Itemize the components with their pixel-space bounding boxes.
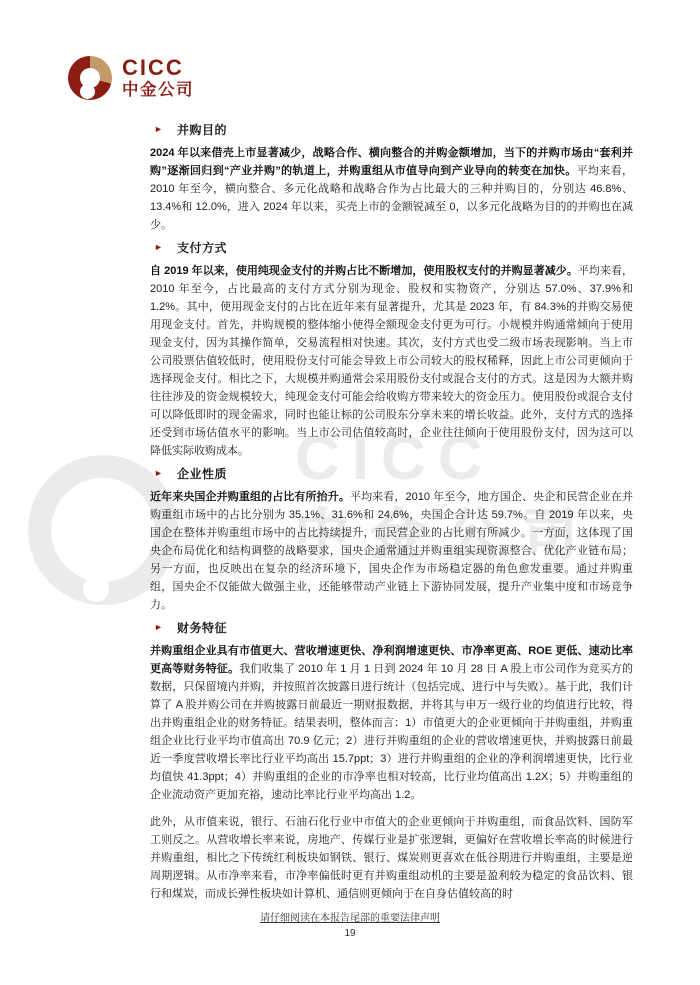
text-run: 此外，从市值来说，银行、石油石化行业中市值大的企业更倾向于并购重组，而食品饮料、…: [150, 816, 633, 900]
paragraph: 近年来央国企并购重组的占比有所抬升。平均来看，2010 年至今，地方国企、央企和…: [150, 488, 633, 614]
section-heading-row: ► 企业性质: [150, 464, 633, 483]
page-number: 19: [0, 928, 700, 939]
section-heading: 并购目的: [177, 121, 227, 138]
report-body: ► 并购目的 2024 年以来借壳上市显著减少，战略合作、横向整合的并购金额增加…: [150, 120, 633, 903]
bullet-triangle-icon: ►: [154, 469, 164, 478]
bullet-triangle-icon: ►: [154, 243, 164, 252]
section-enterprise-nature: ► 企业性质 近年来央国企并购重组的占比有所抬升。平均来看，2010 年至今，地…: [150, 464, 633, 614]
section-ma-purpose: ► 并购目的 2024 年以来借壳上市显著减少，战略合作、横向整合的并购金额增加…: [150, 120, 633, 234]
logo-text-cn: 中金公司: [122, 82, 194, 99]
bullet-triangle-icon: ►: [154, 623, 164, 632]
section-heading-row: ► 支付方式: [150, 238, 633, 257]
paragraph: 此外，从市值来说，银行、石油石化行业中市值大的企业更倾向于并购重组，而食品饮料、…: [150, 813, 633, 903]
text-run: 我们收集了 2010 年 1 月 1 日到 2024 年 10 月 28 日 A…: [150, 663, 633, 801]
disclaimer-link[interactable]: 请仔细阅读在本报告尾部的重要法律声明: [260, 913, 440, 924]
paragraph: 2024 年以来借壳上市显著减少，战略合作、横向整合的并购金额增加，当下的并购市…: [150, 144, 633, 234]
bullet-triangle-icon: ►: [154, 125, 164, 134]
section-financial-characteristics: ► 财务特征 并购重组企业具有市值更大、营收增速更快、净利润增速更快、市净率更高…: [150, 618, 633, 903]
cicc-logo-icon: [68, 56, 112, 100]
section-heading-row: ► 财务特征: [150, 618, 633, 637]
paragraph: 自 2019 年以来，使用纯现金支付的并购占比不断增加，使用股权支付的并购显著减…: [150, 262, 633, 460]
section-heading-row: ► 并购目的: [150, 120, 633, 139]
logo-text-en: CICC: [122, 57, 194, 79]
cicc-logo: CICC 中金公司: [68, 56, 194, 100]
footer: 请仔细阅读在本报告尾部的重要法律声明: [0, 908, 700, 926]
text-run: 平均来看，2010 年至今，地方国企、央企和民营企业在并购重组市场中的占比分别为…: [150, 491, 633, 611]
bold-run: 2024 年以来借壳上市显著减少，战略合作、横向整合的并购金额增加，当下的并购市…: [150, 147, 633, 177]
cicc-logo-text: CICC 中金公司: [122, 57, 194, 99]
section-payment-method: ► 支付方式 自 2019 年以来，使用纯现金支付的并购占比不断增加，使用股权支…: [150, 238, 633, 460]
paragraph: 并购重组企业具有市值更大、营收增速更快、净利润增速更快、市净率更高、ROE 更低…: [150, 642, 633, 804]
section-heading: 企业性质: [177, 465, 227, 482]
bold-run: 近年来央国企并购重组的占比有所抬升。: [150, 491, 350, 503]
report-page: CICC 中金公司 CICC 中金公司 ► 并购目的 2024 年以来借壳上市显…: [0, 0, 700, 985]
section-heading: 支付方式: [177, 239, 227, 256]
bold-run: 自 2019 年以来，使用纯现金支付的并购占比不断增加，使用股权支付的并购显著减…: [150, 265, 578, 277]
text-run: 平均来看，2010 年至今，占比最高的支付方式分别为现金、股权和实物资产，分别达…: [150, 265, 633, 457]
section-heading: 财务特征: [177, 619, 227, 636]
